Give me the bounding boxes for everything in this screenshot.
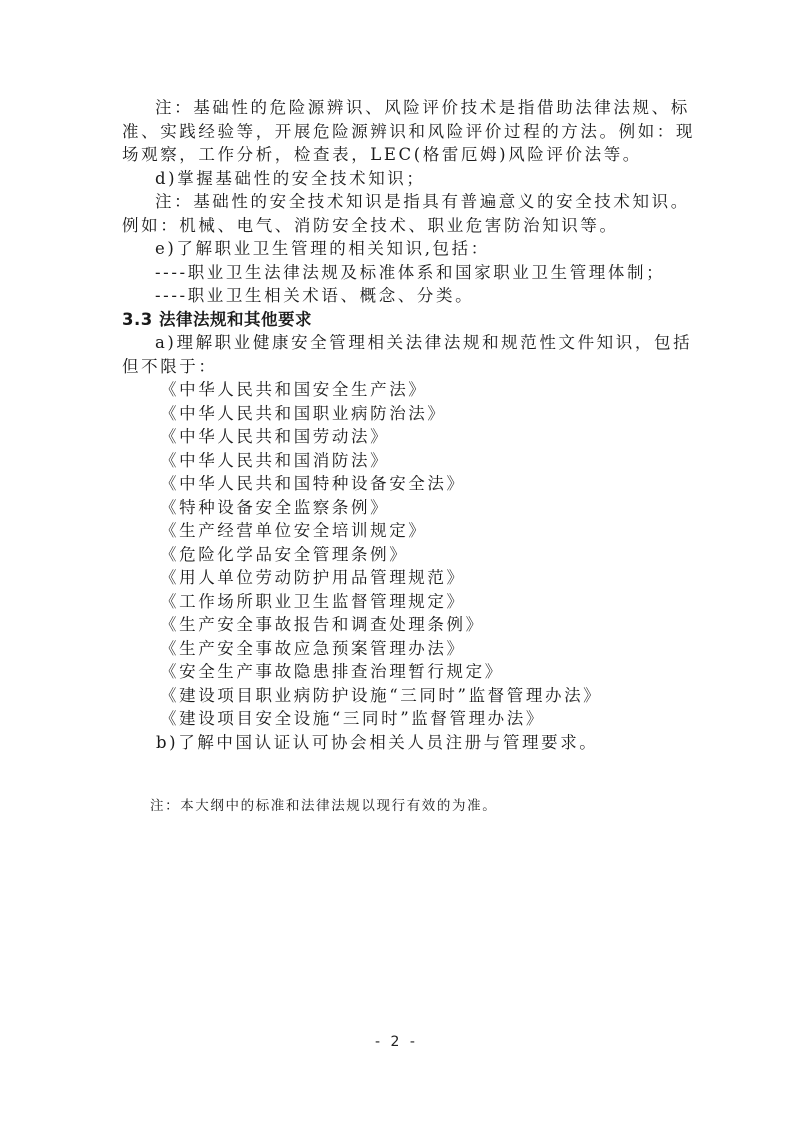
law-item: 《建设项目职业病防护设施“三同时”监督管理办法》 [122, 684, 684, 708]
page-number: - 2 - [0, 1034, 793, 1050]
laws-list: 《中华人民共和国安全生产法》 《中华人民共和国职业病防治法》 《中华人民共和国劳… [122, 378, 684, 731]
law-item: 《中华人民共和国特种设备安全法》 [122, 472, 684, 496]
note-c-line-3: 场观察，工作分析，检查表，LEC(格雷厄姆)风险评价法等。 [122, 143, 684, 167]
note-c-line-2: 准、实践经验等，开展危险源辨识和风险评价过程的方法。例如：现 [122, 120, 684, 144]
section-heading: 3.3 法律法规和其他要求 [122, 308, 684, 332]
law-item: 《安全生产事故隐患排查治理暂行规定》 [122, 660, 684, 684]
item-d: d)掌握基础性的安全技术知识； [122, 167, 684, 191]
law-item: 《中华人民共和国职业病防治法》 [122, 402, 684, 426]
footnote: 注：本大纲中的标准和法律法规以现行有效的为准。 [150, 794, 497, 814]
document-page: 注：基础性的危险源辨识、风险评价技术是指借助法律法规、标 准、实践经验等，开展危… [0, 0, 793, 1122]
law-item: 《建设项目安全设施“三同时”监督管理办法》 [122, 707, 684, 731]
note-d-line-2: 例如：机械、电气、消防安全技术、职业危害防治知识等。 [122, 214, 684, 238]
item-a-line-2: 但不限于： [122, 355, 684, 379]
law-item: 《中华人民共和国消防法》 [122, 449, 684, 473]
law-item: 《用人单位劳动防护用品管理规范》 [122, 566, 684, 590]
note-c-line-1: 注：基础性的危险源辨识、风险评价技术是指借助法律法规、标 [122, 96, 684, 120]
item-e-sub-2: ----职业卫生相关术语、概念、分类。 [122, 284, 684, 308]
law-item: 《生产安全事故报告和调查处理条例》 [122, 613, 684, 637]
law-item: 《中华人民共和国安全生产法》 [122, 378, 684, 402]
law-item: 《特种设备安全监察条例》 [122, 496, 684, 520]
item-e: e)了解职业卫生管理的相关知识,包括： [122, 237, 684, 261]
item-a-line-1: a)理解职业健康安全管理相关法律法规和规范性文件知识，包括 [122, 331, 684, 355]
note-d-line-1: 注：基础性的安全技术知识是指具有普遍意义的安全技术知识。 [122, 190, 684, 214]
document-body: 注：基础性的危险源辨识、风险评价技术是指借助法律法规、标 准、实践经验等，开展危… [122, 96, 684, 754]
law-item: 《中华人民共和国劳动法》 [122, 425, 684, 449]
law-item: 《生产安全事故应急预案管理办法》 [122, 637, 684, 661]
item-b: b)了解中国认证认可协会相关人员注册与管理要求。 [122, 731, 684, 755]
law-item: 《生产经营单位安全培训规定》 [122, 519, 684, 543]
law-item: 《工作场所职业卫生监督管理规定》 [122, 590, 684, 614]
item-e-sub-1: ----职业卫生法律法规及标准体系和国家职业卫生管理体制； [122, 261, 684, 285]
law-item: 《危险化学品安全管理条例》 [122, 543, 684, 567]
